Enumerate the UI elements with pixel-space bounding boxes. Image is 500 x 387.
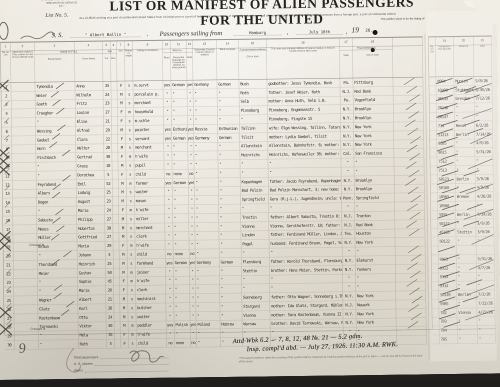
cell-quota — [394, 104, 424, 113]
cell-dest-state: " — [341, 167, 354, 176]
cell-issued-at: Berlin — [455, 130, 475, 139]
cell-occupation: joiner — [136, 268, 166, 277]
cell-nationality: " — [197, 338, 221, 347]
cell-no: 2 — [1, 92, 11, 101]
cell-family-name: Craugher — [36, 109, 76, 118]
cell-visa-number: 8904 — [436, 77, 454, 86]
cell-read: " — [165, 187, 173, 196]
cell-visa-number: 10566 — [438, 202, 456, 211]
cell-visa-number: 714 — [437, 121, 455, 130]
cell-language: Polish — [174, 321, 190, 330]
cell-issued-at: Dresden — [454, 95, 474, 104]
cell-visa-date: 7/24/26 — [476, 210, 494, 219]
cell-no: 1 — [1, 83, 11, 92]
cell-nationality: " — [195, 231, 219, 240]
cell-race: " — [219, 249, 241, 258]
cell-race: Hebrew — [220, 320, 242, 329]
cell-visa-number: 26146 — [437, 104, 455, 113]
cell-residence-city: " — [241, 248, 269, 257]
cell-age-yrs: 24 — [106, 313, 114, 322]
cell-married-single: s — [125, 81, 133, 90]
cell-visa-number: 26143 — [436, 95, 454, 104]
cell-visa-date: 4/7/26 — [477, 263, 495, 272]
cell-occupation: h'wife — [135, 205, 165, 214]
cell-married-single: s — [126, 117, 134, 126]
cell-family-name: Kastenbaum — [38, 313, 78, 322]
cell-quota — [395, 193, 425, 202]
cell-read: " — [163, 90, 171, 99]
cell-given-name: Dorothea — [76, 171, 104, 180]
cell-visa-date: " — [477, 272, 495, 281]
cell-quota — [394, 166, 424, 175]
cell-quota — [395, 202, 425, 211]
cell-residence-city: Tilsit — [240, 133, 268, 142]
cell-read: " — [165, 241, 173, 250]
cell-race: " — [219, 213, 241, 222]
cell-visa-number: 50127 — [438, 219, 456, 228]
cell-quota — [396, 291, 426, 300]
cell-relative-address: father: Albert Sabusta, Trestin 8; mothe… — [269, 212, 342, 221]
cell-dest-city: Houston — [355, 229, 395, 238]
cell-language: none — [175, 339, 191, 348]
cell-given-name: Viktor — [78, 322, 106, 331]
cell-married-single: m — [128, 277, 136, 286]
cell-visa-number: 26147 — [437, 113, 455, 122]
cell-visa-date: " — [475, 157, 493, 166]
cell-nationality: " — [194, 107, 218, 116]
cell-quota — [394, 175, 424, 184]
cell-family-name: " — [37, 251, 77, 260]
cell-race: " — [220, 293, 242, 302]
cell-nationality: " — [195, 187, 219, 196]
cell-age-yrs: 29 — [104, 126, 112, 135]
cell-issued-at: " — [455, 166, 475, 175]
cell-issued-at: " — [455, 148, 475, 157]
cell-dest-state: Tex. — [342, 230, 355, 239]
cell-family-name: Gaebel — [36, 135, 76, 144]
cell-occupation: m.servt — [133, 81, 163, 90]
cell-visa-number: 9685 — [437, 139, 455, 148]
cell-married-single: s — [127, 188, 135, 197]
cell-occupation: butcher — [136, 303, 166, 312]
cell-visa-date: 6/2/26 — [475, 121, 493, 130]
cell-dest-city: Brooklyn — [354, 104, 394, 113]
cell-visa-date: 4/26/26 — [476, 192, 494, 201]
cell-age-yrs: 27 — [105, 233, 113, 242]
cell-quota — [395, 220, 425, 229]
cell-residence-city: Springfield — [241, 195, 269, 204]
cell-language: " — [172, 152, 188, 161]
cell-language: " — [172, 116, 188, 125]
cell-given-name: Maria — [77, 206, 105, 215]
cell-family-name: Wessing — [36, 126, 76, 135]
cell-visa-number: 50122 — [438, 237, 456, 246]
cell-nationality: " — [193, 89, 217, 98]
cell-family-name: " — [38, 331, 78, 340]
cell-language: German — [174, 258, 190, 267]
cell-issued-at: Vienna — [457, 308, 477, 317]
cell-race: German — [220, 258, 242, 267]
cell-language: " — [173, 196, 189, 205]
sailing-label: Passengers sailing from — [160, 29, 223, 38]
dotted-leader — [85, 366, 169, 372]
cell-given-name: Gottfried — [77, 233, 105, 242]
cell-occupation: waiter — [136, 312, 166, 321]
cell-visa-date: 7/22/26 — [477, 299, 495, 308]
cell-language: " — [173, 232, 189, 241]
cell-dest-city: Brooklyn — [355, 185, 395, 194]
cell-headtax — [13, 207, 37, 216]
cell-residence-city: Flensburg — [241, 257, 269, 266]
cell-occupation: farmhand — [136, 259, 166, 268]
cell-dest-city: Vogenfield — [353, 96, 393, 105]
cell-occupation: h'wife — [134, 152, 164, 161]
cell-dest-city: New York — [355, 238, 395, 247]
cell-visa-number: 7512 — [437, 157, 455, 166]
cell-nationality: " — [195, 214, 219, 223]
cell-headtax — [12, 127, 36, 136]
cell-given-name: Hubertus — [77, 224, 105, 233]
cell-race: " — [219, 204, 241, 213]
cell-visa-date: " — [476, 201, 494, 210]
cell-race: " — [220, 302, 242, 311]
cell-issued-at: " — [457, 281, 477, 290]
cell-occupation: waiter — [135, 188, 165, 197]
cell-visa-number: 5985 — [439, 299, 457, 308]
cell-dest-city: " — [356, 274, 396, 283]
cell-age-yrs: 23 — [103, 99, 111, 108]
cell-sex: F — [118, 152, 126, 161]
cell-headtax — [14, 260, 38, 269]
cell-visa-number: 9313 — [439, 273, 457, 282]
cell-occupation: mason — [135, 196, 165, 205]
cell-visa-number: 9815 — [437, 148, 455, 157]
cell-relative-address: wife: Olga Wessing, Tallinn, Tatara 15 — [268, 123, 341, 132]
cell-race: " — [220, 267, 242, 276]
cell-dest-state: N.Y. — [341, 141, 354, 150]
cell-headtax — [13, 234, 37, 243]
cell-race: " — [219, 240, 241, 249]
cell-visa-date: 6/30/26 — [474, 85, 492, 94]
cell-read: " — [166, 303, 174, 312]
cell-given-name: Clara — [76, 135, 104, 144]
cell-residence-city: Kopenhagen — [240, 177, 268, 186]
cell-no: 27 — [4, 314, 14, 323]
cell-residence-city: Stargard — [242, 302, 270, 311]
cell-family-name: Tymendia — [35, 82, 75, 91]
cell-quota — [396, 273, 426, 282]
cell-headtax — [11, 100, 35, 109]
cell-occupation: clerk — [135, 232, 165, 241]
cell-relative-address: father: Otto Wagner, Sonneberg i.Th. — [270, 292, 343, 301]
cell-age-yrs: 30 — [105, 224, 113, 233]
cell-given-name: Maria — [77, 242, 105, 251]
header-group-residence: *Last permanent residence — [239, 48, 267, 51]
cell-sex: F — [119, 241, 127, 250]
cell-married-single: m — [126, 152, 134, 161]
cell-headtax — [13, 198, 37, 207]
column-header — [393, 45, 423, 77]
cell-read: " — [164, 143, 172, 152]
cell-nationality: " — [194, 151, 218, 160]
cell-sex: M — [120, 322, 128, 331]
cell-dest-state: N.Y. — [341, 123, 354, 132]
totals-label: Aliens — [74, 369, 83, 373]
cell-age-yrs: 50 — [106, 268, 114, 277]
cell-no: 9 — [2, 154, 12, 163]
cell-age-yrs: 21 — [104, 117, 112, 126]
cell-residence-city: Vienna — [241, 222, 269, 231]
cell-married-single: m — [128, 268, 136, 277]
cell-residence-city: " — [241, 204, 269, 213]
cell-age-yrs: 27 — [105, 215, 113, 224]
cell-no: 12 — [2, 181, 12, 190]
cell-family-name: Goeth — [35, 100, 75, 109]
totals-label: Total passengers — [74, 356, 99, 360]
cell-age-yrs: 29 — [105, 242, 113, 251]
cell-given-name: Gertrud — [76, 153, 104, 162]
cell-relative-address: brother: David Tarnowski, Warsaw, Nalewk… — [270, 319, 343, 328]
cell-issued-at: Stettin — [456, 228, 476, 237]
passenger-table-body: 1TymendiaAnna25Fsm.servtyesGermanyesGerm… — [1, 77, 426, 349]
cell-age-yrs: 21 — [106, 295, 114, 304]
cell-headtax — [12, 171, 36, 180]
cell-dest-state: " — [342, 247, 355, 256]
cell-sex: M — [119, 215, 127, 224]
dotted-leader — [100, 353, 168, 359]
cell-given-name: Otto — [78, 313, 106, 322]
handwritten-page-number: 9 — [18, 340, 27, 357]
cell-visa-number: 782 — [439, 308, 457, 317]
cell-occupation: m.schle — [134, 116, 164, 125]
cell-age-yrs: 40 — [106, 322, 114, 331]
cell-visa-date: 7/12/26 — [474, 94, 492, 103]
cell-family-name: " — [36, 162, 76, 171]
cell-sex: M — [120, 268, 128, 277]
cell-relative-address: father: Jacob Feyrabend, Kopenhagener St… — [268, 176, 341, 185]
cell-quota — [394, 157, 424, 166]
column-header: State — [340, 46, 353, 78]
cell-race: German — [218, 133, 240, 142]
cell-relative-address: Bad Polzin Menschart, 3; new home: Gusta… — [269, 185, 342, 194]
cell-headtax — [14, 287, 38, 296]
cell-nationality: " — [194, 116, 218, 125]
cell-language: " — [174, 294, 190, 303]
cell-no: 28 — [4, 323, 14, 332]
cell-nationality: " — [196, 311, 220, 320]
cell-language: " — [174, 285, 190, 294]
cell-given-name: August — [77, 197, 105, 206]
cell-nationality: " — [195, 240, 219, 249]
cell-nationality: " — [194, 160, 218, 169]
cell-dest-city: " — [354, 167, 394, 176]
cell-language: " — [173, 205, 189, 214]
cell-residence-city: Selb — [239, 97, 267, 106]
cell-read: " — [164, 116, 172, 125]
cell-dest-city: Trenton — [355, 211, 395, 220]
cell-nationality: " — [196, 276, 220, 285]
cell-age-yrs: 25 — [105, 188, 113, 197]
cell-language: " — [173, 223, 189, 232]
cell-headtax — [13, 225, 37, 234]
cell-residence-city: " — [242, 284, 270, 293]
annex-column-header: Issued at — [454, 44, 474, 76]
cell-sex: F — [118, 135, 126, 144]
cell-visa-date: 7/2/26 — [477, 290, 495, 299]
cell-given-name: Ludwig — [77, 188, 105, 197]
cell-issued-at: " — [456, 255, 476, 264]
cell-family-name: Albers — [37, 189, 77, 198]
cell-quota — [394, 140, 424, 149]
cell-read: " — [164, 161, 172, 170]
cell-visa-number: 10565 — [438, 193, 456, 202]
cell-race: " — [217, 89, 239, 98]
cell-nationality: " — [193, 98, 217, 107]
cell-visa-date: 3/9/26 — [475, 174, 493, 183]
list-number: List No. 5. — [45, 12, 68, 18]
cell-nationality: Germany — [196, 258, 220, 267]
ship-name: " Albert Ballin " — [71, 32, 141, 38]
cell-relative-address: father: Harold Thorsband, Flensburg — [269, 256, 342, 265]
cell-headtax — [13, 252, 37, 261]
cell-language: none — [173, 250, 189, 259]
cell-issued-at: Berlin — [457, 290, 477, 299]
cell-age-yrs: 25 — [103, 81, 111, 90]
header-group-able: Able to— — [163, 49, 193, 53]
cell-nationality: " — [196, 303, 220, 312]
cell-headtax — [12, 163, 36, 172]
cell-occupation: child — [135, 250, 165, 259]
cell-read: yes — [166, 259, 174, 268]
cell-family-name: Fischbach — [36, 153, 76, 162]
cell-nationality: Poland — [196, 320, 220, 329]
cell-race: " — [218, 160, 240, 169]
cell-language: " — [174, 267, 190, 276]
cell-sex: M — [119, 250, 127, 259]
cell-occupation: child — [137, 339, 167, 348]
cell-relative-address: " — [268, 159, 341, 168]
cell-language: " — [171, 98, 187, 107]
cell-quota — [395, 246, 425, 255]
cell-given-name: Maria — [78, 286, 106, 295]
cell-dest-state: " — [343, 283, 356, 292]
cell-age-yrs: 3 — [107, 340, 115, 349]
cell-relative-address: " — [269, 203, 342, 212]
cell-relative-address: Heinrichs, Hafenweiler 38; mother: D. Be… — [268, 150, 341, 159]
cell-residence-city: " — [240, 168, 268, 177]
cell-language: " — [173, 214, 189, 223]
cell-quota — [395, 184, 425, 193]
cell-issued-at — [456, 246, 476, 255]
cell-dest-state: Penn. — [342, 194, 355, 203]
cell-no: 14 — [3, 198, 13, 207]
cell-dest-city: Yonkers — [356, 265, 396, 274]
cell-dest-state: " — [341, 158, 354, 167]
cell-visa-date: 5/31/26 — [476, 254, 494, 263]
cell-residence-city: Pinneberg — [240, 106, 268, 115]
cell-visa-number: 50149 — [439, 291, 457, 300]
cell-given-name: Albert — [78, 295, 106, 304]
cell-race: " — [220, 284, 242, 293]
cell-quota — [393, 95, 423, 104]
cell-quota — [394, 113, 424, 122]
cell-family-name: Feyrabend — [36, 180, 76, 189]
cell-occupation: miller — [135, 214, 165, 223]
cell-residence-city: Stettin — [242, 266, 270, 275]
cell-language: " — [174, 276, 190, 285]
cell-no: 17 — [3, 225, 13, 234]
cell-residence-city: Pagel — [241, 240, 269, 249]
cell-family-name: Maass — [37, 224, 77, 233]
cell-dest-city: New York — [356, 291, 396, 300]
cell-family-name: Thorsband — [38, 260, 78, 269]
cell-language: " — [171, 89, 187, 98]
cell-residence-city: Vienna — [242, 311, 270, 320]
cell-read: " — [166, 312, 174, 321]
cell-dest-city: New York — [354, 140, 394, 149]
cell-language: " — [173, 241, 189, 250]
cell-visa-date: " — [477, 317, 495, 326]
cell-quota — [396, 309, 426, 318]
cell-married-single: m — [127, 206, 135, 215]
cell-sex: M — [120, 313, 128, 322]
cell-no: 21 — [4, 261, 14, 270]
totals-label: U. S. citizens — [74, 362, 93, 366]
cell-issued-at: " — [457, 317, 477, 326]
cell-issued-at: " — [455, 139, 475, 148]
cell-no: 4 — [2, 109, 12, 118]
cell-race: " — [219, 231, 241, 240]
cell-given-name: Ruth — [79, 340, 107, 349]
cell-dest-state: " — [342, 203, 355, 212]
cell-dest-city: " — [355, 247, 395, 256]
cell-quota — [396, 318, 426, 327]
cell-residence-city: " — [240, 115, 268, 124]
cell-nationality: " — [195, 196, 219, 205]
cell-married-single: s — [128, 304, 136, 313]
cell-nationality: " — [195, 222, 219, 231]
cell-language: " — [172, 143, 188, 152]
cell-occupation: porcelain p. — [133, 90, 163, 99]
cell-married-single: m — [126, 179, 134, 188]
cell-sex: M — [117, 99, 125, 108]
cell-headtax — [12, 109, 36, 118]
column-header: HEAD TAX STATUS (This column for use of … — [11, 50, 35, 82]
cell-occupation: farmer — [134, 179, 164, 188]
cell-age-yrs: 28 — [104, 144, 112, 153]
cell-visa-date: " — [477, 281, 495, 290]
cell-relative-address: Vienna, Gersthoferstr. 18; father: K. Ma… — [269, 221, 342, 230]
cell-no: 10 — [2, 163, 12, 172]
cell-visa-number: 5955 — [438, 210, 456, 219]
cell-family-name: Wagner — [38, 295, 78, 304]
cell-occupation: clerk — [136, 285, 166, 294]
cell-visa-number — [438, 246, 456, 255]
cell-read: " — [166, 268, 174, 277]
cell-sex: M — [118, 161, 126, 170]
cell-quota — [395, 211, 425, 220]
cell-sex: F — [118, 170, 126, 179]
cell-sex: F — [121, 339, 129, 348]
cell-dest-state: N.Y. — [342, 256, 355, 265]
cell-visa-date: 4/22/26 — [477, 308, 495, 317]
cell-race: " — [220, 311, 242, 320]
cell-headtax — [14, 269, 38, 278]
cell-age-yrs: 45 — [106, 277, 114, 286]
cell-quota — [394, 149, 424, 158]
cell-family-name: " — [38, 278, 78, 287]
cell-dest-city: Springfield — [355, 193, 395, 202]
